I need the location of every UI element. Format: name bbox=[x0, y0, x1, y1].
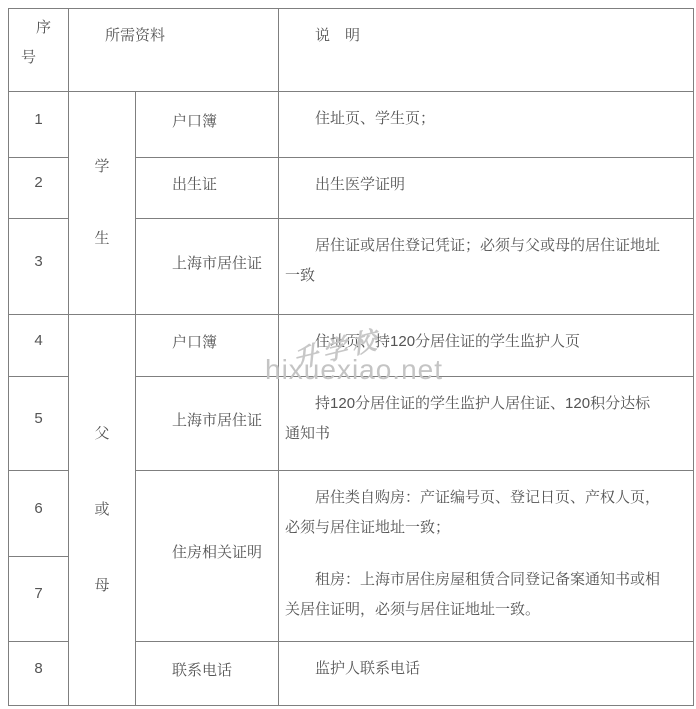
desc-cell: 持120分居住证的学生监护人居住证、120积分达标通知书 bbox=[279, 377, 694, 471]
desc-cell: 监护人联系电话 bbox=[279, 642, 694, 706]
group-char: 或 bbox=[94, 495, 109, 525]
document-page: 序号 所需资料 说 明 1 学 生 户口簿 住址页、学生页； 2 出生证 出生医… bbox=[0, 0, 696, 709]
header-cell-desc: 说 明 bbox=[279, 9, 694, 92]
row-no: 5 bbox=[9, 377, 69, 471]
desc-cell: 出生医学证明 bbox=[279, 158, 694, 219]
desc-cell: 居住类自购房：产证编号页、登记日页、产权人页，必须与居住证地址一致； 租房：上海… bbox=[279, 471, 694, 642]
group-label-student: 学 生 bbox=[69, 152, 135, 254]
row-no: 6 bbox=[9, 471, 69, 557]
item-cell: 联系电话 bbox=[136, 642, 279, 706]
row-no: 7 bbox=[9, 557, 69, 642]
item-cell: 上海市居住证 bbox=[136, 219, 279, 315]
group-char: 学 bbox=[94, 152, 109, 182]
item-cell: 住房相关证明 bbox=[136, 471, 279, 642]
row-no: 2 bbox=[9, 158, 69, 219]
group-label-parent: 父 或 母 bbox=[69, 419, 135, 601]
group-char: 生 bbox=[94, 224, 109, 254]
header-row: 序号 所需资料 说 明 bbox=[9, 9, 694, 92]
group-char: 父 bbox=[94, 419, 109, 449]
item-cell: 出生证 bbox=[136, 158, 279, 219]
desc-paragraph: 租房：上海市居住房屋租赁合同登记备案通知书或相关居住证明，必须与居住证地址一致。 bbox=[285, 565, 663, 625]
row-no: 3 bbox=[9, 219, 69, 315]
row-no: 4 bbox=[9, 315, 69, 377]
desc-cell: 住址页、学生页； bbox=[279, 92, 694, 158]
header-cell-no: 序号 bbox=[9, 9, 69, 92]
row-no: 1 bbox=[9, 92, 69, 158]
item-cell: 上海市居住证 bbox=[136, 377, 279, 471]
group-cell-parent: 父 或 母 bbox=[69, 315, 136, 706]
group-char: 母 bbox=[94, 571, 109, 601]
desc-cell: 住址页、持120分居住证的学生监护人页 bbox=[279, 315, 694, 377]
materials-table: 序号 所需资料 说 明 1 学 生 户口簿 住址页、学生页； 2 出生证 出生医… bbox=[8, 8, 694, 706]
table-row: 4 父 或 母 户口簿 住址页、持120分居住证的学生监护人页 bbox=[9, 315, 694, 377]
table-row: 1 学 生 户口簿 住址页、学生页； bbox=[9, 92, 694, 158]
item-cell: 户口簿 bbox=[136, 92, 279, 158]
item-cell: 户口簿 bbox=[136, 315, 279, 377]
header-cell-materials: 所需资料 bbox=[69, 9, 279, 92]
group-cell-student: 学 生 bbox=[69, 92, 136, 315]
row-no: 8 bbox=[9, 642, 69, 706]
desc-paragraph: 居住类自购房：产证编号页、登记日页、产权人页，必须与居住证地址一致； bbox=[285, 483, 663, 543]
desc-cell: 居住证或居住登记凭证；必须与父或母的居住证地址一致 bbox=[279, 219, 694, 315]
